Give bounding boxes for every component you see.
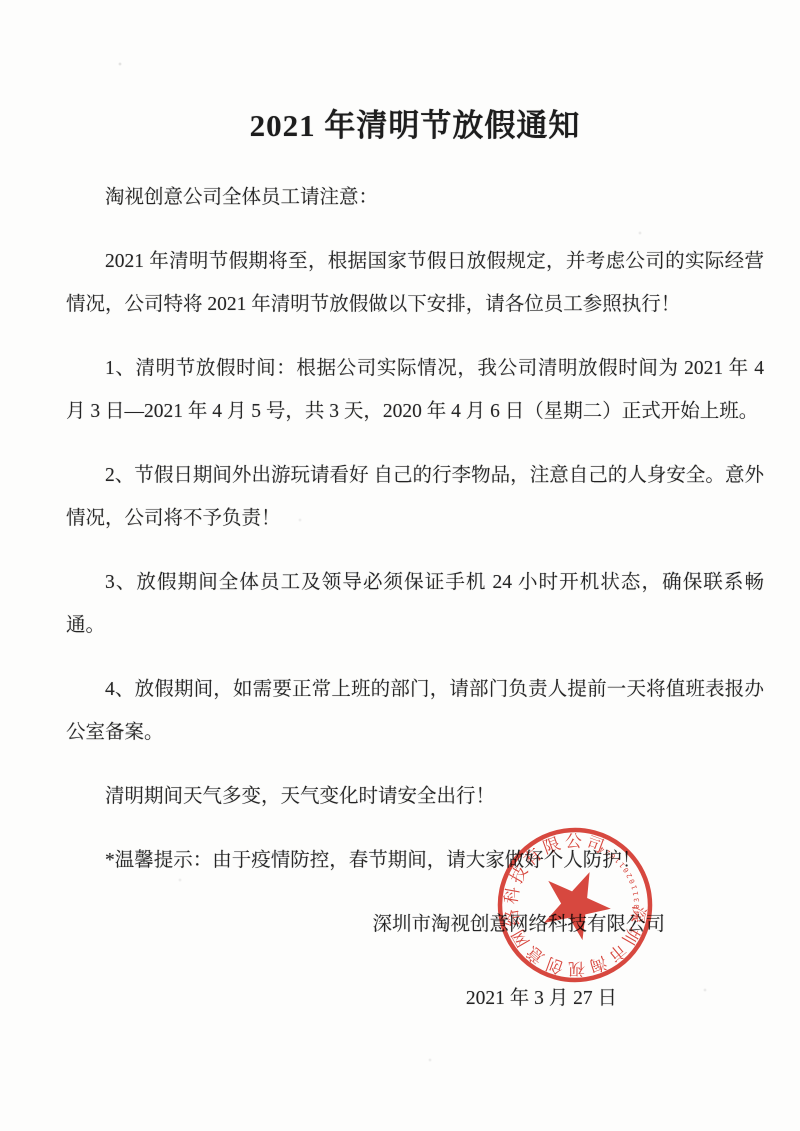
paragraph-item-2-personal-safety: 2、节假日期间外出游玩请看好 自己的行李物品，注意自己的人身安全。意外情况，公司… [66,454,764,540]
signature-company: 深圳市淘视创意网络科技有限公司 [66,903,764,946]
paragraph-item-4-duty-roster: 4、放假期间，如需要正常上班的部门，请部门负责人提前一天将值班表报办公室备案。 [66,668,764,754]
paragraph-weather-notice: 清明期间天气多变，天气变化时请安全出行！ [66,775,764,818]
paragraph-intro: 2021 年清明节假期将至，根据国家节假日放假规定，并考虑公司的实际经营情况，公… [66,240,764,326]
paragraph-item-3-phone-on: 3、放假期间全体员工及领导必须保证手机 24 小时开机状态，确保联系畅通。 [66,561,764,647]
document-body: 2021 年清明节放假通知 淘视创意公司全体员工请注意： 2021 年清明节假期… [66,0,764,1020]
tip-line: *温馨提示：由于疫情防控，春节期间，请大家做好个人防护！ [66,839,764,882]
greeting-line: 淘视创意公司全体员工请注意： [66,176,764,219]
scanned-notice-page: 2021 年清明节放假通知 淘视创意公司全体员工请注意： 2021 年清明节假期… [0,0,800,1131]
document-title: 2021 年清明节放假通知 [66,104,764,148]
paragraph-item-1-holiday-dates: 1、清明节放假时间：根据公司实际情况，我公司清明放假时间为 2021 年 4 月… [66,347,764,433]
signature-date: 2021 年 3 月 27 日 [66,977,764,1020]
